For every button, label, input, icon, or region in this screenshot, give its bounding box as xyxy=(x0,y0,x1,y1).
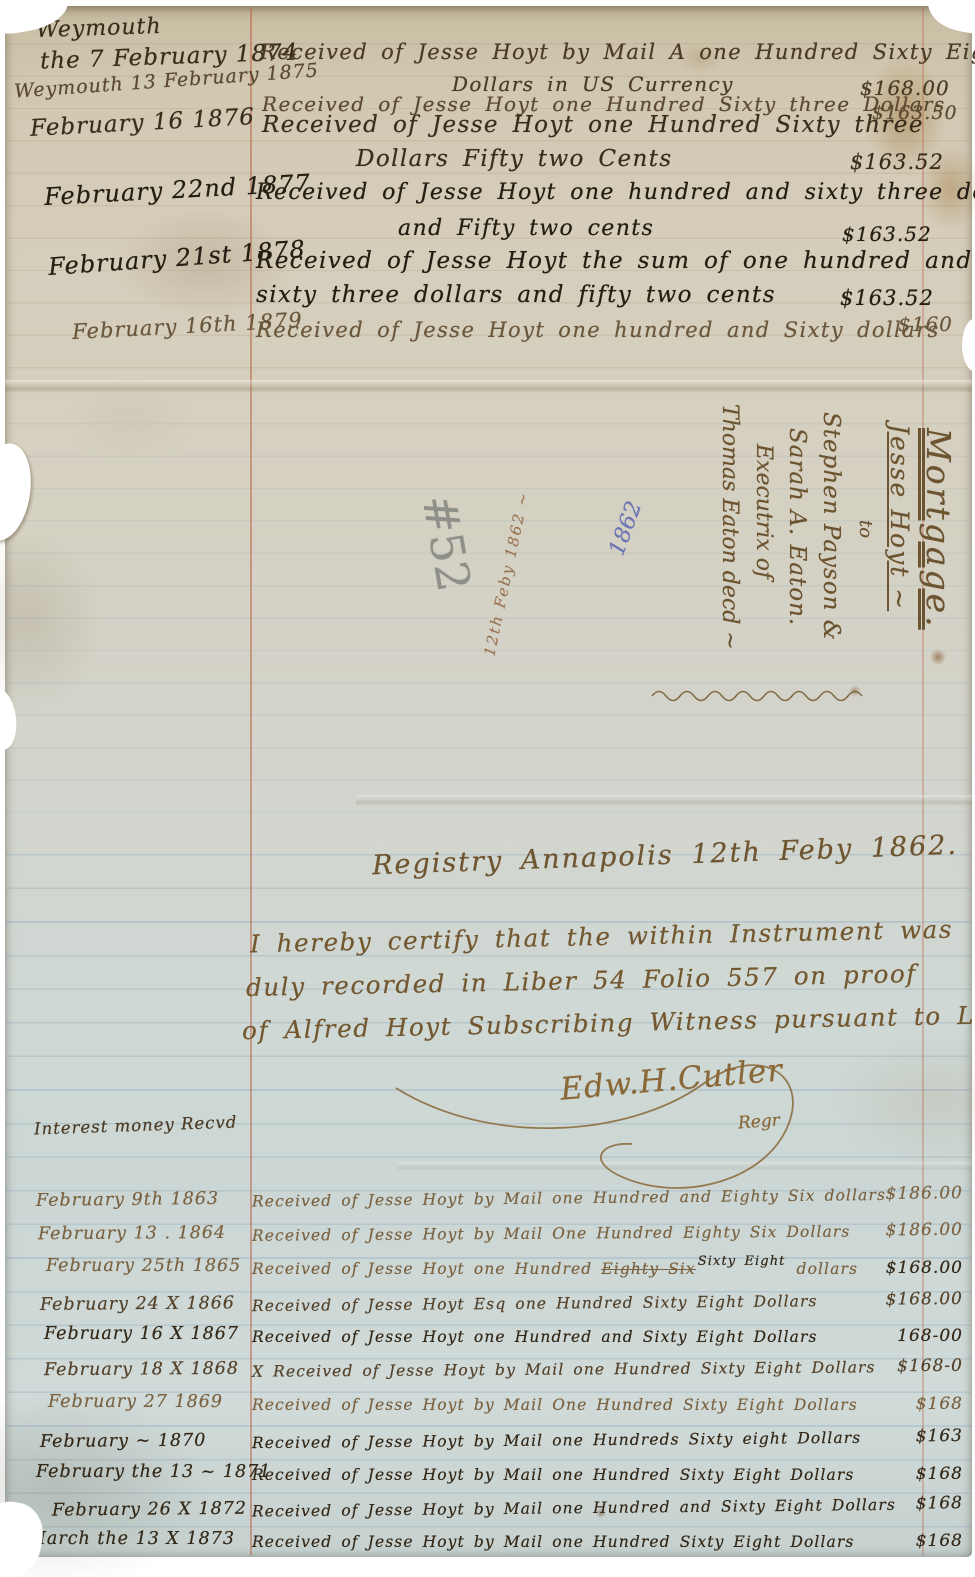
interest-row-date: February 18 X 1868 xyxy=(44,1359,239,1380)
interest-row-amount: $168-0 xyxy=(897,1356,963,1376)
interest-row-amount: $168 xyxy=(916,1493,963,1513)
interest-row-text: Received of Jesse Hoyt by Mail one Hundr… xyxy=(252,1429,861,1452)
receipt-text: Received of Jesse Hoyt one hundred and S… xyxy=(256,318,940,342)
interest-row-text: Received of Jesse Hoyt by Mail One Hundr… xyxy=(252,1223,851,1245)
interest-row-date: February 25th 1865 xyxy=(46,1256,241,1276)
docket-party-grantor: Jesse Hoyt ~ xyxy=(882,424,916,710)
receipt-amount: $163.52 xyxy=(840,286,934,310)
docket-rotated-text: Mortgage. Jesse Hoyt ~ to Stephen Payson… xyxy=(648,398,960,710)
docket-squiggle-line xyxy=(650,684,878,702)
receipt-text-continued: sixty three dollars and fifty two cents xyxy=(256,282,776,308)
receipt-text-continued: and Fifty two cents xyxy=(398,216,654,241)
receipt-text: Received of Jesse Hoyt the sum of one hu… xyxy=(256,248,973,274)
interest-row: February 16 X 1867 Received of Jesse Hoy… xyxy=(28,1324,965,1358)
interest-row-date: February 16 X 1867 xyxy=(44,1324,239,1344)
receipt-text-continued: Dollars Fifty two Cents xyxy=(356,146,673,172)
interest-row: February 13 . 1864 Received of Jesse Hoy… xyxy=(28,1218,965,1259)
receipt-text: Received of Jesse Hoyt by Mail A one Hun… xyxy=(260,40,975,64)
docket-panel: Mortgage. Jesse Hoyt ~ to Stephen Payson… xyxy=(648,398,960,710)
interest-row-text: Received of Jesse Hoyt by Mail One Hundr… xyxy=(252,1396,858,1414)
interest-row-amount: $186.00 xyxy=(886,1183,964,1204)
docket-executrix-line: Executrix of xyxy=(746,444,780,710)
interest-row-date: February 13 . 1864 xyxy=(38,1223,226,1244)
interest-row-text: Received of Jesse Hoyt one Hundred and S… xyxy=(252,1328,818,1346)
interest-row-date: February 27 1869 xyxy=(48,1392,223,1412)
interest-row-date: February 26 X 1872 xyxy=(52,1499,247,1521)
struck-words: Eighty Six xyxy=(601,1260,695,1278)
interest-row-amount: $163 xyxy=(916,1426,963,1446)
receipt-amount: $163.52 xyxy=(842,222,932,246)
interest-row-date: February the 13 ~ 1871 xyxy=(36,1462,271,1482)
interest-row-amount: $186.00 xyxy=(886,1220,963,1241)
interest-row-date: March the 13 X 1873 xyxy=(28,1529,235,1549)
place-line: Weymouth xyxy=(36,14,162,43)
interest-row: March the 13 X 1873 Received of Jesse Ho… xyxy=(28,1529,965,1563)
interest-row-amount: $168 xyxy=(916,1394,963,1414)
interest-row: February the 13 ~ 1871 Received of Jesse… xyxy=(28,1462,965,1496)
inserted-words: Sixty Eight xyxy=(698,1254,786,1269)
receipt-amount: $160 xyxy=(898,312,953,336)
docket-title: Mortgage. xyxy=(916,428,960,710)
receipt-amount: $163.52 xyxy=(850,150,944,174)
registrar-title: Regr xyxy=(737,1111,780,1134)
scanned-document: Weymouth the 7 February 1874 Received of… xyxy=(0,0,975,1577)
docket-to: to xyxy=(848,520,882,710)
docket-party-grantee: Stephen Payson & xyxy=(814,412,848,710)
interest-row-amount: $168 xyxy=(916,1464,963,1484)
interest-row: February 27 1869 Received of Jesse Hoyt … xyxy=(28,1392,965,1426)
interest-row-text: Received of Jesse Hoyt by Mail one Hundr… xyxy=(252,1533,854,1551)
interest-row-date: February 24 X 1866 xyxy=(40,1293,235,1315)
interest-row: February 24 X 1866 Received of Jesse Hoy… xyxy=(28,1287,965,1329)
interest-row-amount: 168-00 xyxy=(897,1326,963,1346)
interest-row: February 18 X 1868 X Received of Jesse H… xyxy=(28,1354,965,1395)
interest-row-text: Received of Jesse Hoyt by Mail one Hundr… xyxy=(252,1496,896,1521)
docket-party-grantee2: Sarah A. Eaton. xyxy=(780,428,814,710)
interest-row-text: Received of Jesse Hoyt one Hundred Eight… xyxy=(252,1260,858,1278)
interest-row: February 25th 1865 Received of Jesse Hoy… xyxy=(28,1256,965,1290)
interest-row-text: Received of Jesse Hoyt Esq one Hundred S… xyxy=(252,1292,818,1315)
interest-row-amount: $168.00 xyxy=(886,1258,963,1278)
interest-row-text: Received of Jesse Hoyt by Mail one Hundr… xyxy=(252,1186,886,1211)
interest-row: February ~ 1870 Received of Jesse Hoyt b… xyxy=(28,1424,965,1466)
interest-rows: February 9th 1863 Received of Jesse Hoyt… xyxy=(28,1180,965,1572)
interest-row-text: X Received of Jesse Hoyt by Mail one Hun… xyxy=(252,1358,876,1380)
interest-row-text: Received of Jesse Hoyt by Mail one Hundr… xyxy=(252,1466,854,1484)
interest-row-date: February ~ 1870 xyxy=(40,1431,207,1452)
receipt-text: Received of Jesse Hoyt one hundred and s… xyxy=(256,180,975,205)
receipt-text: Received of Jesse Hoyt one Hundred Sixty… xyxy=(262,112,924,138)
interest-row-date: February 9th 1863 xyxy=(36,1189,219,1211)
interest-row-amount: $168 xyxy=(916,1531,963,1551)
interest-row-amount: $168.00 xyxy=(886,1289,963,1310)
docket-deceased-line: Thomas Eaton decd ~ xyxy=(712,404,746,710)
